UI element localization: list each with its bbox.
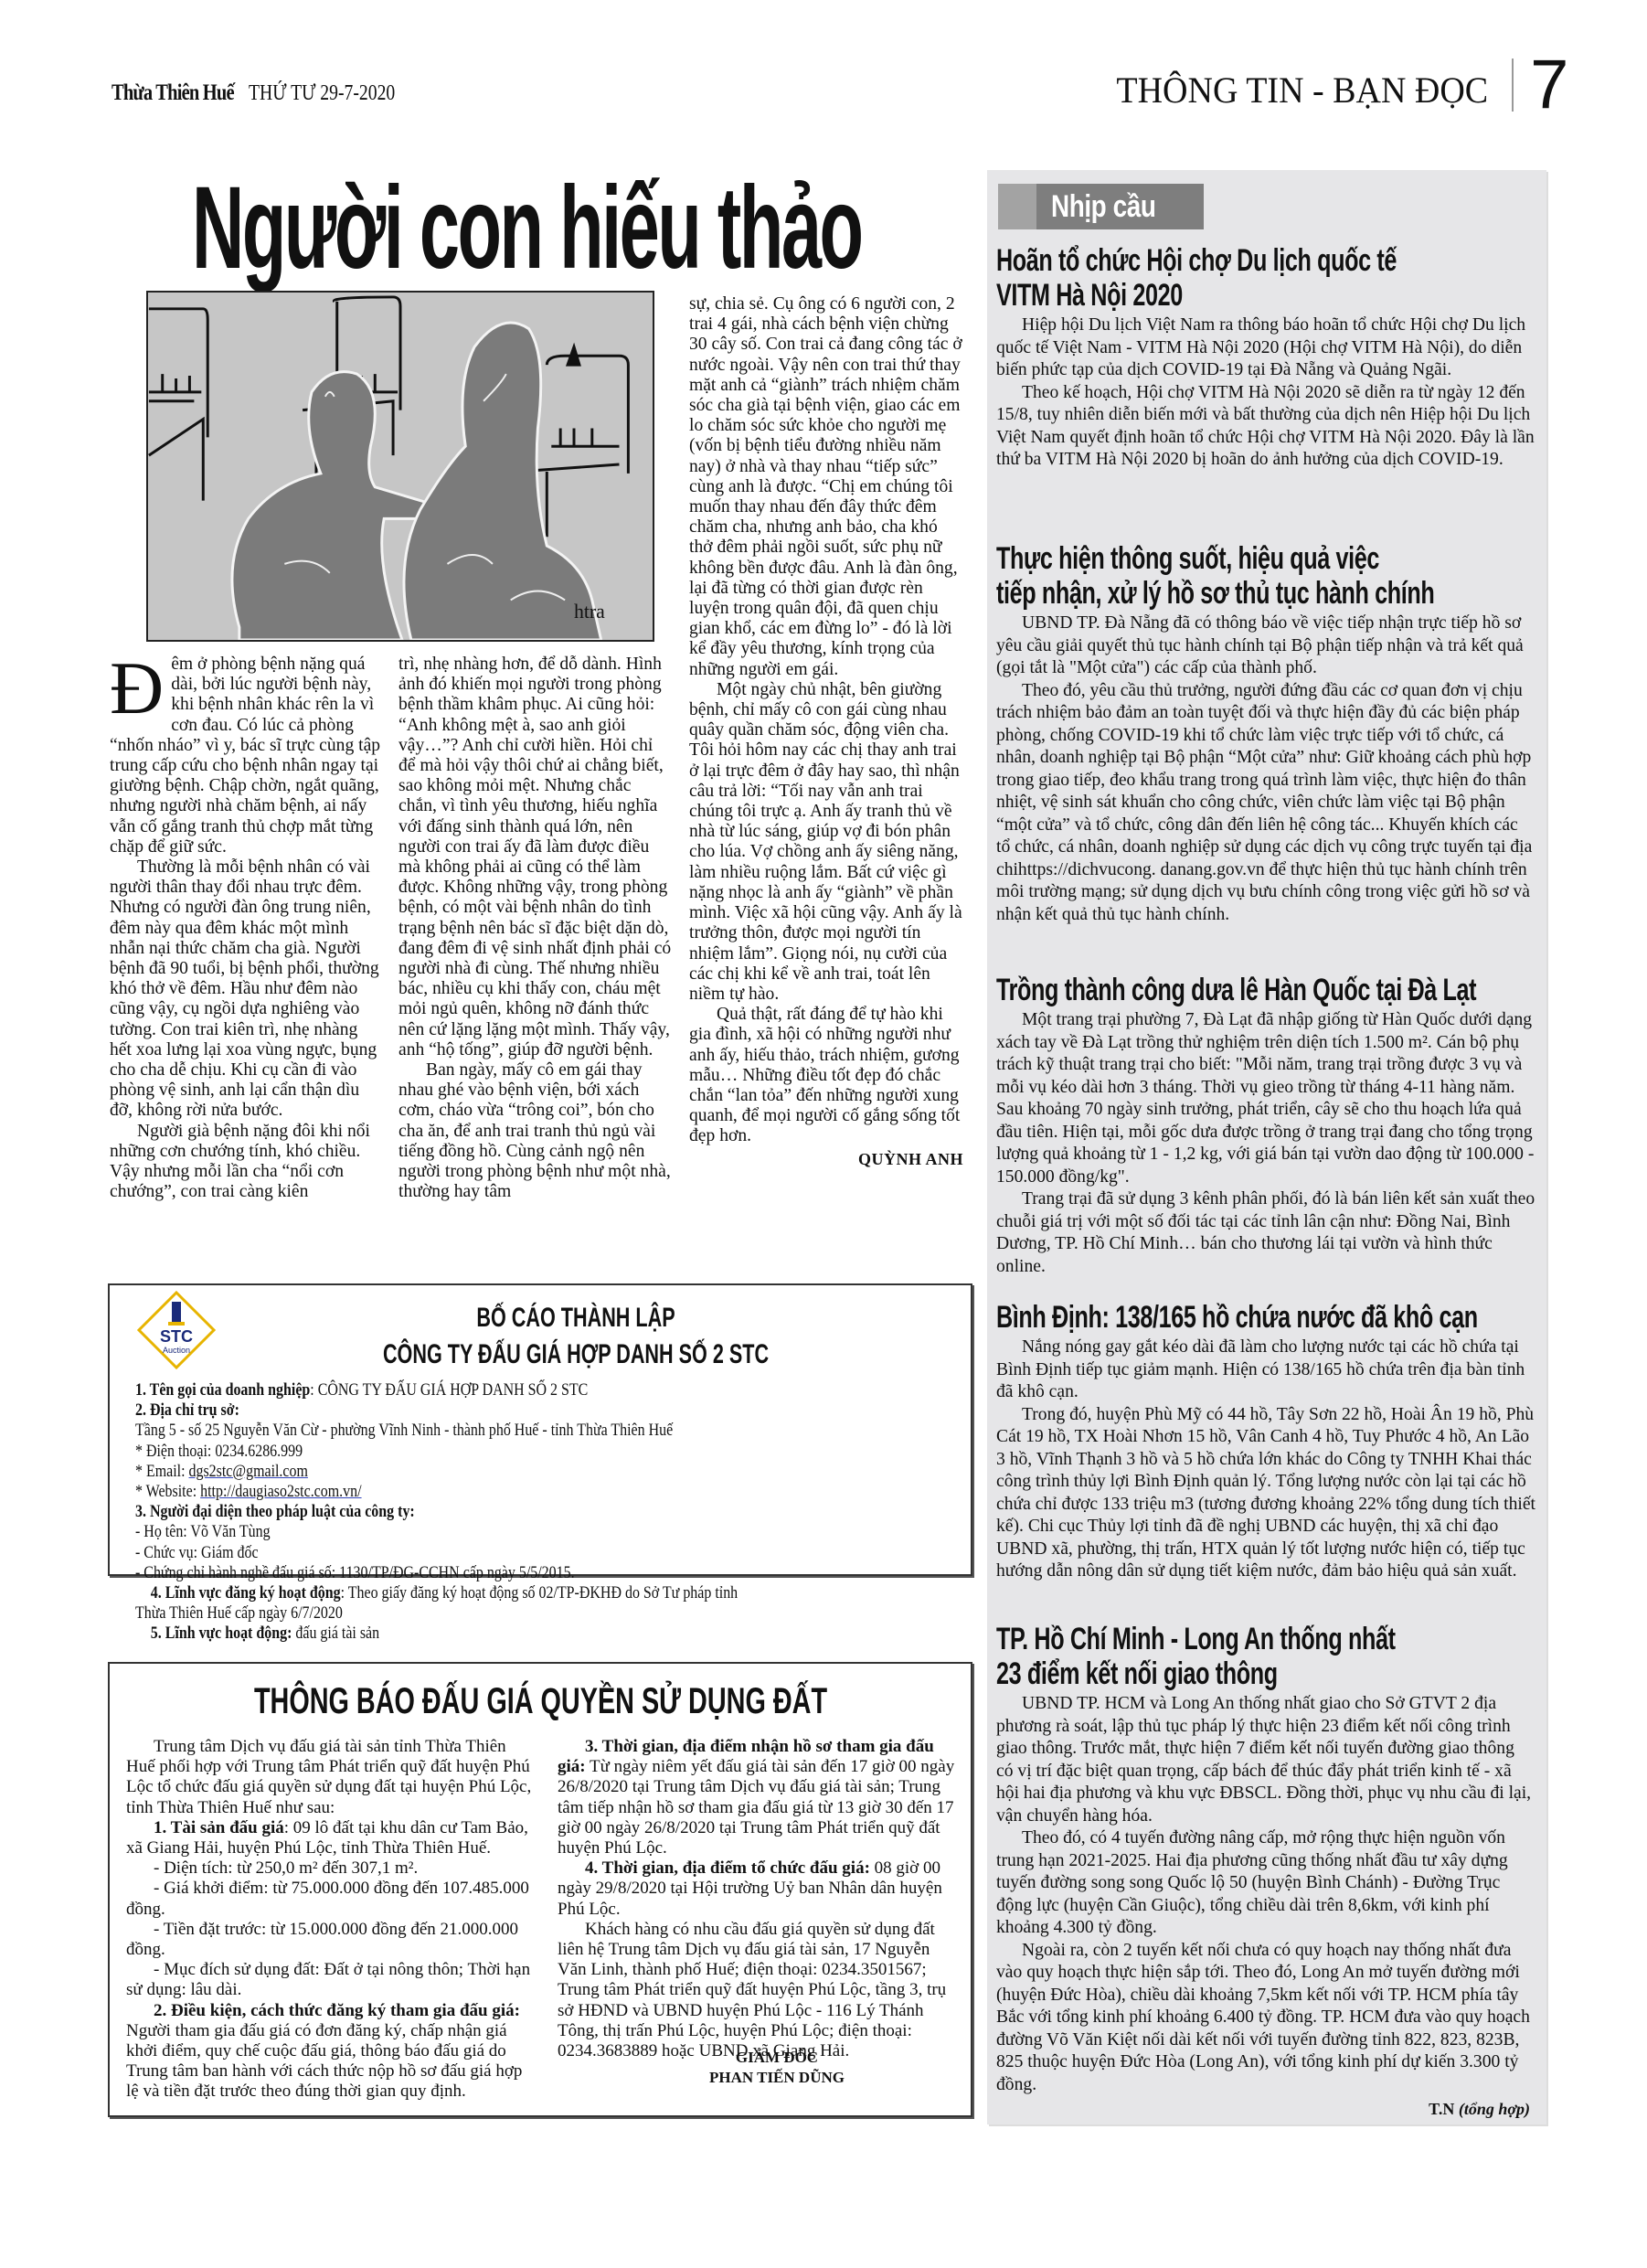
article-column-1: Đêm ở phòng bệnh nặng quá dài, bởi lúc n…	[110, 655, 384, 1202]
company-notice-box: STC Auction BỐ CÁO THÀNH LẬP CÔNG TY ĐẤU…	[108, 1283, 972, 1576]
sidebar-signature: T.N (tổng hợp)	[996, 2100, 1535, 2119]
page-header-left: Thừa Thiên Huế THỨ TƯ 29-7-2020	[112, 80, 427, 106]
article-paragraph: sự, chia sẻ. Cụ ông có 6 người con, 2 tr…	[689, 294, 963, 680]
brief-title: Bình Định: 138/165 hồ chứa nước đã khô c…	[996, 1300, 1396, 1335]
article-illustration: htra	[146, 291, 654, 642]
header-divider	[1512, 59, 1514, 112]
issue-date: THỨ TƯ 29-7-2020	[249, 81, 395, 106]
article-paragraph: Thường là mỗi bệnh nhân có vài người thâ…	[110, 857, 384, 1122]
brief-title: Thực hiện thông suốt, hiệu quả việctiếp …	[996, 541, 1396, 611]
email-link[interactable]: dgs2stc@gmail.com	[189, 1462, 308, 1481]
article-headline: Người con hiếu thảo	[192, 165, 861, 293]
land-auction-notice-right: 3. Thời gian, địa điểm nhận hồ sơ tham g…	[558, 1737, 960, 2061]
brief-title: TP. Hồ Chí Minh - Long An thống nhất23 đ…	[996, 1622, 1396, 1691]
brief-title: Hoãn tổ chức Hội chợ Du lịch quốc tếVITM…	[996, 243, 1396, 313]
website-link[interactable]: http://daugiaso2stc.com.vn/	[200, 1482, 361, 1501]
article-paragraph: Ban ngày, mấy cô em gái thay nhau ghé và…	[398, 1060, 673, 1202]
brief-article: Bình Định: 138/165 hồ chứa nước đã khô c…	[996, 1300, 1535, 1583]
brief-article: Trồng thành công dưa lê Hàn Quốc tại Đà …	[996, 973, 1535, 1278]
land-auction-notice-box: THÔNG BÁO ĐẤU GIÁ QUYỀN SỬ DỤNG ĐẤT Trun…	[108, 1662, 972, 2117]
article-paragraph: Quả thật, rất đáng để tự hào khi gia đìn…	[689, 1005, 963, 1146]
notice-signature: GIÁM ĐỐC PHAN TIẾN DŨNG	[658, 2048, 896, 2088]
stc-auction-logo-icon: STC Auction	[137, 1291, 216, 1369]
hospital-scene-illustration-icon: htra	[148, 293, 653, 640]
article-paragraph: Người già bệnh nặng đôi khi nổi những cơ…	[110, 1122, 384, 1203]
news-brief-sidebar: Nhịp cầu Hoãn tổ chức Hội chợ Du lịch qu…	[987, 170, 1546, 2124]
article-column-2: trì, nhẹ nhàng hơn, để dỗ dành. Hình ảnh…	[398, 655, 673, 1202]
land-auction-notice-title: THÔNG BÁO ĐẤU GIÁ QUYỀN SỬ DỤNG ĐẤT	[110, 1680, 971, 1722]
article-byline: QUỲNH ANH	[689, 1149, 963, 1169]
section-name: THÔNG TIN - BẠN ĐỌC	[1116, 69, 1488, 117]
brief-title: Trồng thành công dưa lê Hàn Quốc tại Đà …	[996, 973, 1396, 1007]
page-header-right: THÔNG TIN - BẠN ĐỌC 7	[1097, 53, 1568, 117]
article-column-3: sự, chia sẻ. Cụ ông có 6 người con, 2 tr…	[689, 294, 963, 1169]
brief-article: TP. Hồ Chí Minh - Long An thống nhất23 đ…	[996, 1622, 1535, 2119]
svg-text:STC: STC	[160, 1327, 193, 1346]
sidebar-kicker: Nhịp cầu	[998, 184, 1204, 229]
illustration-signature: htra	[574, 601, 605, 623]
land-auction-notice-left: Trung tâm Dịch vụ đấu giá tài sản tỉnh T…	[126, 1737, 537, 2103]
article-paragraph: Đêm ở phòng bệnh nặng quá dài, bởi lúc n…	[110, 655, 384, 857]
company-notice-body: 1. Tên gọi của doanh nghiệp: CÔNG TY ĐẤU…	[135, 1380, 958, 1645]
article-paragraph: trì, nhẹ nhàng hơn, để dỗ dành. Hình ảnh…	[398, 655, 673, 1060]
brief-article: Thực hiện thông suốt, hiệu quả việctiếp …	[996, 541, 1535, 926]
brief-article: Hoãn tổ chức Hội chợ Du lịch quốc tếVITM…	[996, 243, 1535, 472]
company-notice-title: BỐ CÁO THÀNH LẬP CÔNG TY ĐẤU GIÁ HỢP DAN…	[256, 1300, 896, 1373]
svg-text:Auction: Auction	[163, 1346, 190, 1355]
newspaper-name: Thừa Thiên Huế	[112, 80, 201, 106]
article-paragraph: Một ngày chủ nhật, bên giường bệnh, chỉ …	[689, 680, 963, 1005]
dropcap-letter: Đ	[110, 660, 164, 717]
phone-number: 0234.6286.999	[215, 1442, 303, 1461]
page-number: 7	[1530, 53, 1568, 117]
